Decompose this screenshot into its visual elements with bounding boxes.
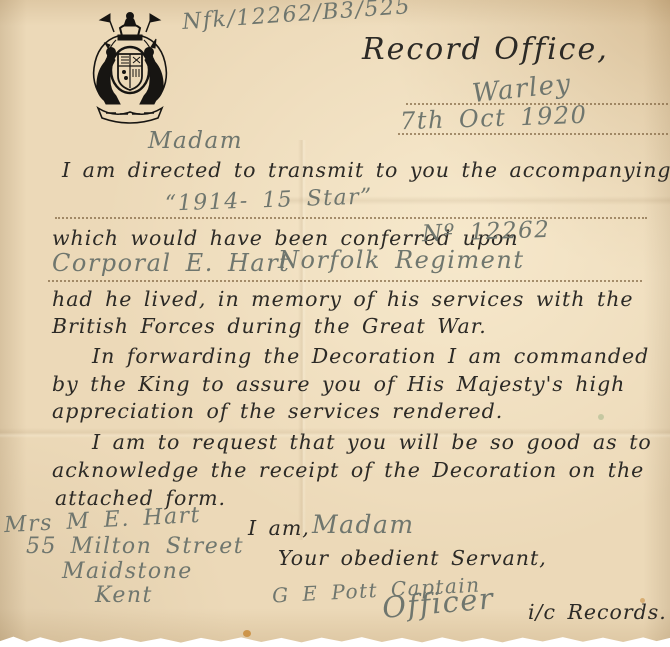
reference-number: Nfk/12262/B3/525 [181, 0, 411, 35]
decoration-name: “1914- 15 Star” [165, 184, 374, 216]
dotted-line-recipient [48, 280, 642, 282]
body-line-1: I am directed to transmit to you the acc… [62, 158, 670, 182]
letter-paper: Nfk/12262/B3/525 Record Office, Warley 7… [0, 0, 670, 647]
body-line-9: acknowledge the receipt of the Decoratio… [52, 458, 644, 482]
dotted-line-decoration [55, 217, 647, 219]
address-line-4: Kent [95, 583, 153, 608]
body-line-3: had he lived, in memory of his services … [52, 287, 634, 311]
body-line-8: I am to request that you will be so good… [92, 430, 652, 454]
body-line-6: by the King to assure you of His Majesty… [52, 372, 625, 396]
dotted-line-date [398, 133, 668, 135]
date-written: 7th Oct 1920 [400, 101, 588, 136]
service-number: Nº 12262 [422, 217, 551, 247]
paper-stain [598, 414, 604, 420]
paper-stain [243, 630, 251, 637]
body-line-5: In forwarding the Decoration I am comman… [92, 344, 649, 368]
closing-i-am: I am, [248, 516, 310, 540]
royal-coat-of-arms-icon [80, 6, 180, 138]
record-office-heading: Record Office, [362, 32, 609, 67]
address-line-1: Mrs M E. Hart [3, 503, 201, 538]
body-line-7: appreciation of the services rendered. [52, 399, 503, 423]
closing-madam: Madam [312, 510, 415, 539]
closing-servant: Your obedient Servant, [278, 546, 547, 570]
regiment-name: Norfolk Regiment [278, 246, 524, 274]
body-line-4: British Forces during the Great War. [52, 314, 487, 338]
torn-paper-edge [0, 634, 670, 647]
recipient-name: Corporal E. Hart [52, 249, 290, 277]
salutation: Madam [148, 128, 243, 154]
address-line-3: Maidstone [62, 559, 193, 584]
address-line-2: 55 Milton Street [26, 534, 244, 559]
closing-records: i/c Records. [528, 600, 667, 624]
